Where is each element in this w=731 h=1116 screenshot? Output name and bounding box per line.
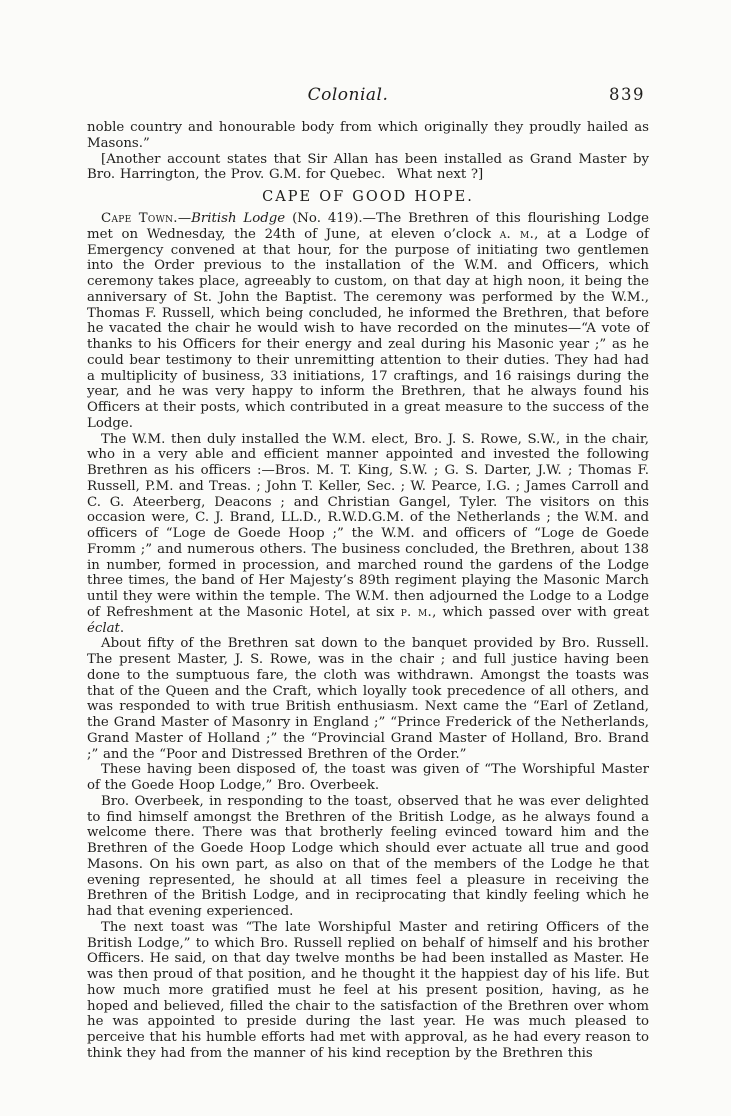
article-body: noble country and honourable body from w… xyxy=(87,120,649,1062)
text-segment: , at a Lodge of Emergency convened at th… xyxy=(87,227,649,431)
paragraph: Bro. Overbeek, in responding to the toas… xyxy=(87,794,649,920)
paragraph: Cape Town.—British Lodge (No. 419).—The … xyxy=(87,211,649,432)
text-segment: a. m. xyxy=(500,227,534,242)
page-number: 839 xyxy=(609,85,645,104)
document-page: Colonial. 839 noble country and honourab… xyxy=(0,0,731,1116)
running-title: Colonial. xyxy=(87,85,609,105)
page-header: Colonial. 839 xyxy=(87,85,649,107)
paragraph: noble country and honourable body from w… xyxy=(87,120,649,152)
paragraph: These having been disposed of, the toast… xyxy=(87,762,649,794)
text-segment: About fifty of the Brethren sat down to … xyxy=(87,636,649,761)
paragraph: The W.M. then duly installed the W.M. el… xyxy=(87,432,649,637)
text-segment: The W.M. then duly installed the W.M. el… xyxy=(87,432,649,620)
text-segment: — xyxy=(178,211,191,226)
text-segment: British Lodge xyxy=(191,211,285,226)
text-segment: . xyxy=(120,621,124,636)
paragraph: [Another account states that Sir Allan h… xyxy=(87,152,649,184)
text-segment: Bro. Overbeek, in responding to the toas… xyxy=(87,794,649,919)
text-segment: p. m. xyxy=(401,605,432,620)
section-heading: CAPE OF GOOD HOPE. xyxy=(87,189,649,206)
text-segment: The next toast was “The late Worshipful … xyxy=(87,920,649,1061)
text-segment: noble country and honourable body from w… xyxy=(87,120,649,151)
text-segment: Cape Town. xyxy=(101,211,178,226)
text-segment: These having been disposed of, the toast… xyxy=(87,762,649,793)
text-segment: [Another account states that Sir Allan h… xyxy=(87,152,649,183)
paragraph: About fifty of the Brethren sat down to … xyxy=(87,636,649,762)
text-segment: éclat xyxy=(87,621,120,636)
text-segment: , which passed over with great xyxy=(432,605,649,620)
paragraph: The next toast was “The late Worshipful … xyxy=(87,920,649,1062)
